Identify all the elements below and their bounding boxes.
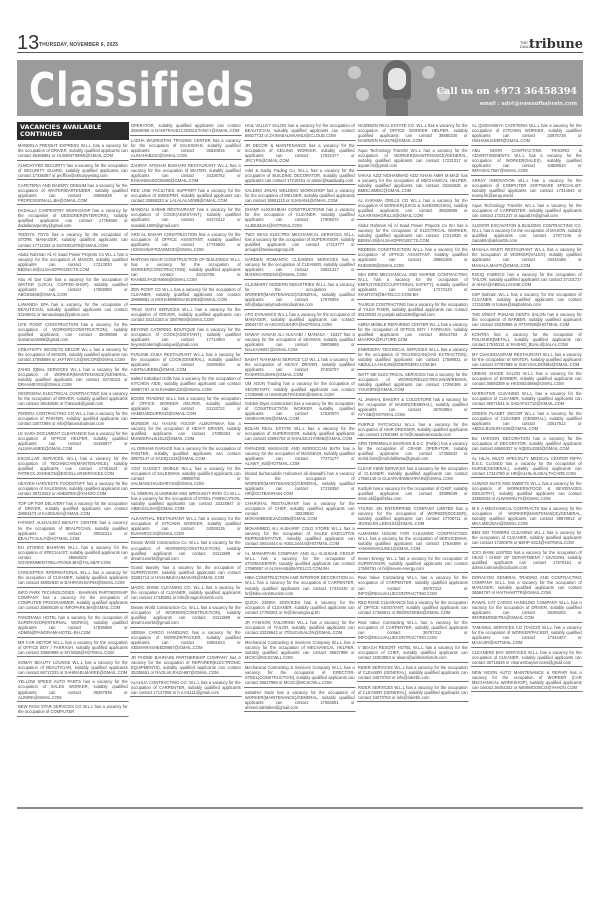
classified-ad: HAIL VALLEY SALON has a vacancy for the … [244,122,356,141]
classified-ad: Aqua Technology Transfer W.L.L has a vac… [357,147,469,171]
classified-ad: TEDDYS TOYS has a vacancy for the occupa… [17,231,129,250]
classified-ad: ALJUMAIRY MODERN INDUSTRIES W.L.L has a … [244,281,356,310]
classified-ad: THE GREAT PUNJAB GENTS SALON has a vacan… [471,311,583,330]
classified-ad: ABU NOOR CONTRACTING TRADING & ADVERTISE… [471,147,583,176]
classified-ad: RIDER SERVICES W.L.L has a vacancy for t… [357,664,469,683]
classified-ad: MANDALI KABAB RESTAURANT has a vacancy f… [130,206,242,230]
column-2: OPERATOR, suitably qualified applicants … [130,122,242,807]
classified-ad: LADHA WAZIRISTAN TRADING CENTER has a va… [130,137,242,161]
classified-ad: SEEMA CARGO HANDLING has a vacancy for t… [130,629,242,653]
classified-ad: YOUNG JIN ENTERPRISE COMPANY LIMITED has… [357,505,469,529]
classified-ad: DHANT ALNUKHBAH CONSTRUCTIONS has a vaca… [244,206,356,230]
classified-ad: MARYAM NISAR CONSTRUCTION OF BUILDINGS W… [130,256,242,285]
classified-ad: BU HAROON DECORATION has a vacancy for t… [471,435,583,454]
classifieds-banner: Classifieds Call us on +973 36458394 ema… [17,60,583,116]
column-1: VACANCIES AVAILABLE CONTINUED MANDELA FR… [17,122,129,807]
ads-columns: VACANCIES AVAILABLE CONTINUED MANDELA FR… [17,122,583,822]
column-ads: OPERATOR, suitably qualified applicants … [130,122,242,697]
classified-ad: LAMANDA SPA has a vacancy for the occupa… [17,301,129,320]
classified-ad: AL MANARTAIN COMPANY AND ALI ALSHEAB GRO… [244,550,356,574]
classified-ad: TRUE OATH SERVICES W.L.L has a vacancy f… [130,306,242,325]
classified-ad: ZEN POINT CO W.L.L has a vacancy for the… [130,286,242,305]
classified-ad: PURPLE PATCHOULI W.L.L has a vacancy for… [357,421,469,440]
classified-ad: ENERSERV TECHNICAL SERVICES W.L.L has a … [357,346,469,370]
classified-ad: AL KARAMA GRILLS CO W.L.L has a vacancy … [357,197,469,221]
classified-ad: Golden Diyar construction has a vacancy … [244,400,356,424]
classified-ad: ZAHID IQBAL SERVICES W.L.L has a vacancy… [17,366,129,390]
classified-ad: AGO GADGET MOBILE W.L.L has a vacancy fo… [130,465,242,489]
classified-ad: Kazbah has a vacancy for the occupation … [357,485,469,504]
classified-ad: APM TERMINALS BAHRAIN B.S.C. (Public) ha… [357,440,469,464]
classified-ad: JR PHONE BAHRAINI PARTNERSHIP COMPANY ha… [130,654,242,678]
classified-ad: OPERATOR, suitably qualified applicants … [130,122,242,136]
classified-ad: M K A MECHANICAL CONTRACTS has a vacancy… [471,505,583,529]
classified-ad: ROUQ FABRICS has a vacancy for the occup… [471,271,583,290]
section-heading: VACANCIES AVAILABLE CONTINUED [17,122,129,140]
classified-ad: ALKANTHAL RESTAURANT W.L.L has a vacancy… [130,515,242,539]
classified-ad: SOMAY BEAUTY LOUNGE W.L.L has a vacancy … [17,659,129,678]
classified-ad: AL SIMRAN ALUMINIUM AND WROUGHT IRON Co … [130,490,242,514]
classified-ad: MY CHAUDDAGRAM RESTAURANT W.L.L has a va… [471,351,583,370]
classified-ad: BEYOND CATERING BOUTIQUE has a vacancy f… [130,326,242,350]
classified-ad: RED ROSE CLEARANCE has a vacancy for the… [357,599,469,618]
classified-ad: Real Value Contracting W.L.L has a vacan… [357,619,469,643]
classified-ad: BEN EID TOWERS CLEANING W.L.L has a vaca… [471,529,583,548]
classified-ad: NARRATIVE CLEANING W.L.L has a vacancy f… [471,390,583,409]
issue-date: THURSDAY, NOVEMBER 6, 2025 [39,42,118,48]
classified-ad: UM ADUN Trading has a vacancy for the oc… [244,380,356,399]
classified-ad: HIBA CONSTRUCTION AND INTERIOR DECORATIO… [244,574,356,598]
classified-ad: RAWAL CAT CARGO HANDLING COMPANY W.L.L h… [471,599,583,623]
page-number: 13 [17,33,39,53]
classified-ad: TWO SEAS ELECTRO MECHANICAL SERVICES W.L… [244,231,356,255]
classified-ad: AUWADI NUTS AND SWEETS W.L.L has a vacan… [471,480,583,504]
classified-ad: NASREEN REAL ESTATE CO. W.L.L has a vaca… [357,122,469,146]
classified-ad: ALDOOR EXCAVATION & BUILDING CONTRACTING… [471,222,583,246]
classified-ad: NEW PASS STAR SERVICES CO W.L.L has a va… [17,703,129,717]
column-ads: MANDELA FREIGHT EXPRESS W.L.L has a vaca… [17,142,129,717]
classified-ad: MUNEER ALI HASAN YOUSIF ALMUTAWAA has a … [130,420,242,444]
logo-prefix: THE DAILY [520,41,528,49]
classified-ad: Abdul Rahman Ali Al Saad Power Projects … [357,222,469,246]
classified-ad: PARADISE MASSAGE AND MOROCCAN BATH has a… [244,445,356,469]
classified-ad: Mechanical Contracting & Services Compan… [244,664,356,688]
classified-ad: MOHAMMED ALI ALSHARIF COLD STORE W.L.L h… [244,525,356,549]
classified-ad: NAWAF HASAN ALI ALKAABI / MANASA - 10327… [244,331,356,355]
classified-ad: HEAVEN HARVESTS FOODSTUFF has a vacancy … [17,480,129,499]
newspaper-page: 13 THURSDAY, NOVEMBER 6, 2025 THE DAILYt… [17,0,583,900]
classified-ad: Aqua Technology Transfer W.L.L has a vac… [471,202,583,221]
classified-ad: PANORAMA HOTEL has a vacancy for the occ… [17,614,129,638]
classified-ad: ICICI BANK LIMITED has a vacancy for the… [471,549,583,573]
page-header: 13 THURSDAY, NOVEMBER 6, 2025 THE DAILYt… [17,33,583,53]
classified-ad: RIDER SERVICES W.L.L has a vacancy for t… [357,684,469,703]
classified-ad: TAURUS CONTRACTING has a vacancy for the… [357,301,469,320]
classified-ad: DADALLA CARPENTRY WORKSHOP has a vacancy… [17,207,129,231]
classified-ad: MASALA MASTI RESTAURANT W.L.L has a vaca… [471,246,583,270]
classified-ad: MR CAR MOTOR W.L.L has a vacancy for the… [17,639,129,658]
column-5: AL QUDHAIBIYA CAFETERIA W.L.L has a vaca… [471,122,583,807]
classified-ad: AL JAWHAL BAKERY & COLDSTORE has a vacan… [357,396,469,420]
classified-ad: nabtaher trade has a vacancy for the occ… [244,689,356,713]
classified-ad: TAMAMUL SERVICES CO (TASCO) W.L.L has a … [471,624,583,648]
publication-logo: THE DAILYtribune [520,37,583,52]
classified-ad: FERDRA CONTRACTING CO W.L.L has a vacanc… [17,410,129,429]
classified-ad: GEORGENA ELECTRICAL CONTRACTING has a va… [17,390,129,409]
classified-ad: BASHT RAHAMAN SERVICE CO W.L.L has a vac… [244,356,356,380]
classified-ad: REDEEM CONSTRUCTION W.L.L has a vacancy … [357,246,469,270]
classified-ad: VAKAS AZIZ MOHAMMAD AZIZ KHAN AMIR M.MAZ… [357,172,469,196]
classified-ad: AL HILAL MULTI SPECIALTY MEDICAL CENTER … [471,455,583,479]
column-4: NASREEN REAL ESTATE CO. W.L.L has a vaca… [357,122,469,807]
classified-ad: DORACOSI GENERAL TRADING AND CONTRACTING… [471,574,583,598]
envelope-icon [348,66,361,79]
logo-text: tribune [529,37,583,52]
classified-ad: INFO PARK TECHNOLOGIES - BAHRAIN PARTNER… [17,589,129,613]
classified-ad: SEA BIRD MECHANICAL AND MARINE CONTRACTI… [357,271,469,300]
mobile-icon [422,66,435,79]
classified-ad: FATIMAT ALKHALEEJ BEAUTY CENTRE has a va… [17,519,129,543]
classified-ad: BOLAN REAL ESTATE W.L.L has a vacancy fo… [244,425,356,444]
classified-ad: CHARVHAL RESTAURANT has a vacancy for th… [244,500,356,524]
classified-ad: MANDELA FREIGHT EXPRESS W.L.L has a vaca… [17,142,129,161]
classified-ad: CREATIVITY SECRETS DECOR W.L.L has a vac… [17,346,129,365]
column-ads: HAIL VALLEY SALON has a vacancy for the … [244,122,356,712]
classified-ad: Abdul Rahman Ali Al Saad Power Projects … [17,251,129,275]
classified-ad: ARRAY INNOVATION W.L.L has a vacancy for… [471,177,583,201]
classified-ad: EXCELLAR SERVICES W.L.L has a vacancy fo… [17,455,129,479]
classified-ad: Grand laundry has a vacancy for the occu… [130,564,242,583]
classified-ad: ALMAMMA HOUSE FOR CLEANING CONTRACTING W… [357,530,469,554]
phone-icon [356,88,369,101]
classified-ad: Seven Energy W.L.L has a vacancy for the… [357,555,469,574]
classified-ad: Dream World Construction Co. W.L.L has a… [130,604,242,628]
classified-ad: Real Value Contracting W.L.L has a vacan… [357,574,469,598]
classified-ad: PUNJABI ZAIKA RESTAURANT W.L.L has a vac… [130,351,242,375]
classified-ad: JR DECOR & MAINTENANCE has a vacancy for… [244,142,356,166]
classified-ad: Dream World Construction Co. W.L.L has a… [130,539,242,563]
column-3: HAIL VALLEY SALON has a vacancy for the … [244,122,356,807]
classified-ad: AMRA MOBILE REPAIRING CENTER W.L.L has a… [357,321,469,345]
classified-ad: ARD AL BAHAR CONSTRUCTION has a vacancy … [130,231,242,255]
classified-ad: RED LINE FACILITIES SUPPORT has a vacanc… [130,187,242,206]
classified-ad: khaled burhanuddin mohamed ali alawadhi … [244,470,356,499]
classified-ad: WATT ME ELECTRICAL SERVICES has a vacanc… [357,371,469,395]
classified-ad: Salted Kattabad Grills has a vacancy for… [130,375,242,394]
classified-ad: MAGIC SHINE CLEANING CO. W.L.L has a vac… [130,584,242,603]
classified-ad: CAFETERIA AND BAKERY DEBIUM has a vacanc… [17,182,129,206]
column-ads: NASREEN REAL ESTATE CO. W.L.L has a vaca… [357,122,469,702]
classified-ad: NEW MOON AUTO MAINTENANCE & REPAIR has a… [471,669,583,693]
column-ads: AL QUDHAIBIYA CAFETERIA W.L.L has a vaca… [471,122,583,692]
contact-email: email : advt@newsofbahrain.com [480,101,577,107]
classified-ad: URBAN SHADE SALON W.L.L has a vacancy fo… [471,370,583,389]
contact-phone: Call us on +973 36458394 [437,86,577,97]
classified-ad: AL DIRHAM GARAGE has a vacancy for the o… [130,445,242,464]
classified-ad: YELLOW SPEED AUTO PARTS has a vacancy fo… [17,678,129,702]
classified-ad: AFO DYNAMICS W.L.L has a vacancy for the… [244,311,356,330]
mascot-illustration [383,60,411,116]
classified-ad: ZAHRAT AFGHAN BUKHARI RESTAURANT W.L.L h… [130,162,242,186]
bottom-rule [17,807,583,809]
classified-ad: ALAHLIA CONTRACTING CO. W.L.L has a vaca… [130,679,242,698]
classified-ad: CONCEPTEX INTERNATIONAL W.L.L has a vaca… [17,569,129,588]
classified-ad: GREEN PLANET DECOR W.L.L has a vacancy f… [471,410,583,434]
classified-ad: SSP Bahrain W.L.L has a vacancy for the … [471,291,583,310]
classified-ad: CLEANERS BAY SERVICES W.L.L has a vacanc… [471,649,583,668]
classified-ad: Abu Ali Dar Cafe has a vacancy for the o… [17,276,129,300]
banner-title: Classifieds [29,66,255,114]
classified-ad: QUICK ZEBRA SERVICES has a vacancy for t… [244,599,356,618]
classified-ad: Mechanical Contracting & Services Compan… [244,639,356,663]
classified-ad: KONTRA has a vacancy for the occupation … [471,331,583,350]
classified-ad: LIFE POINT CONSTRUCTION has a vacancy fo… [17,321,129,345]
classified-ad: Adel & Sadiq Trading Co. W.L.L has a vac… [244,167,356,186]
classified-ad: BOODI TRADING W.L.L has a vacancy for th… [130,395,242,419]
classified-ad: GARDEN ROMANTIC CLEANING SERVICES has a … [244,256,356,280]
classified-ad: DH STORES BAHRAIN W.L.L has a vacancy fo… [17,544,129,568]
classified-ad: JR FASHION TAILORING W.L.L has a vacancy… [244,619,356,638]
classified-ad: V BEACH RESORT HOTEL W.L.L has a vacancy… [357,644,469,663]
classified-ad: CLEAR VIEW SERVICES has a vacancy for th… [357,465,469,484]
classified-ad: TOP UP FOR DELIVERY has a vacancy for th… [17,500,129,519]
classified-ad: ALMOAYYED SECURITY has a vacancy for the… [17,162,129,181]
classified-ad: AL QUDHAIBIYA CAFETERIA W.L.L has a vaca… [471,122,583,146]
classified-ad: SALEEM JANAN WELDING WORKSHOP has a vaca… [244,187,356,206]
classified-ad: LE SARA DOCUMENT CLEARANCE has a vacancy… [17,430,129,454]
